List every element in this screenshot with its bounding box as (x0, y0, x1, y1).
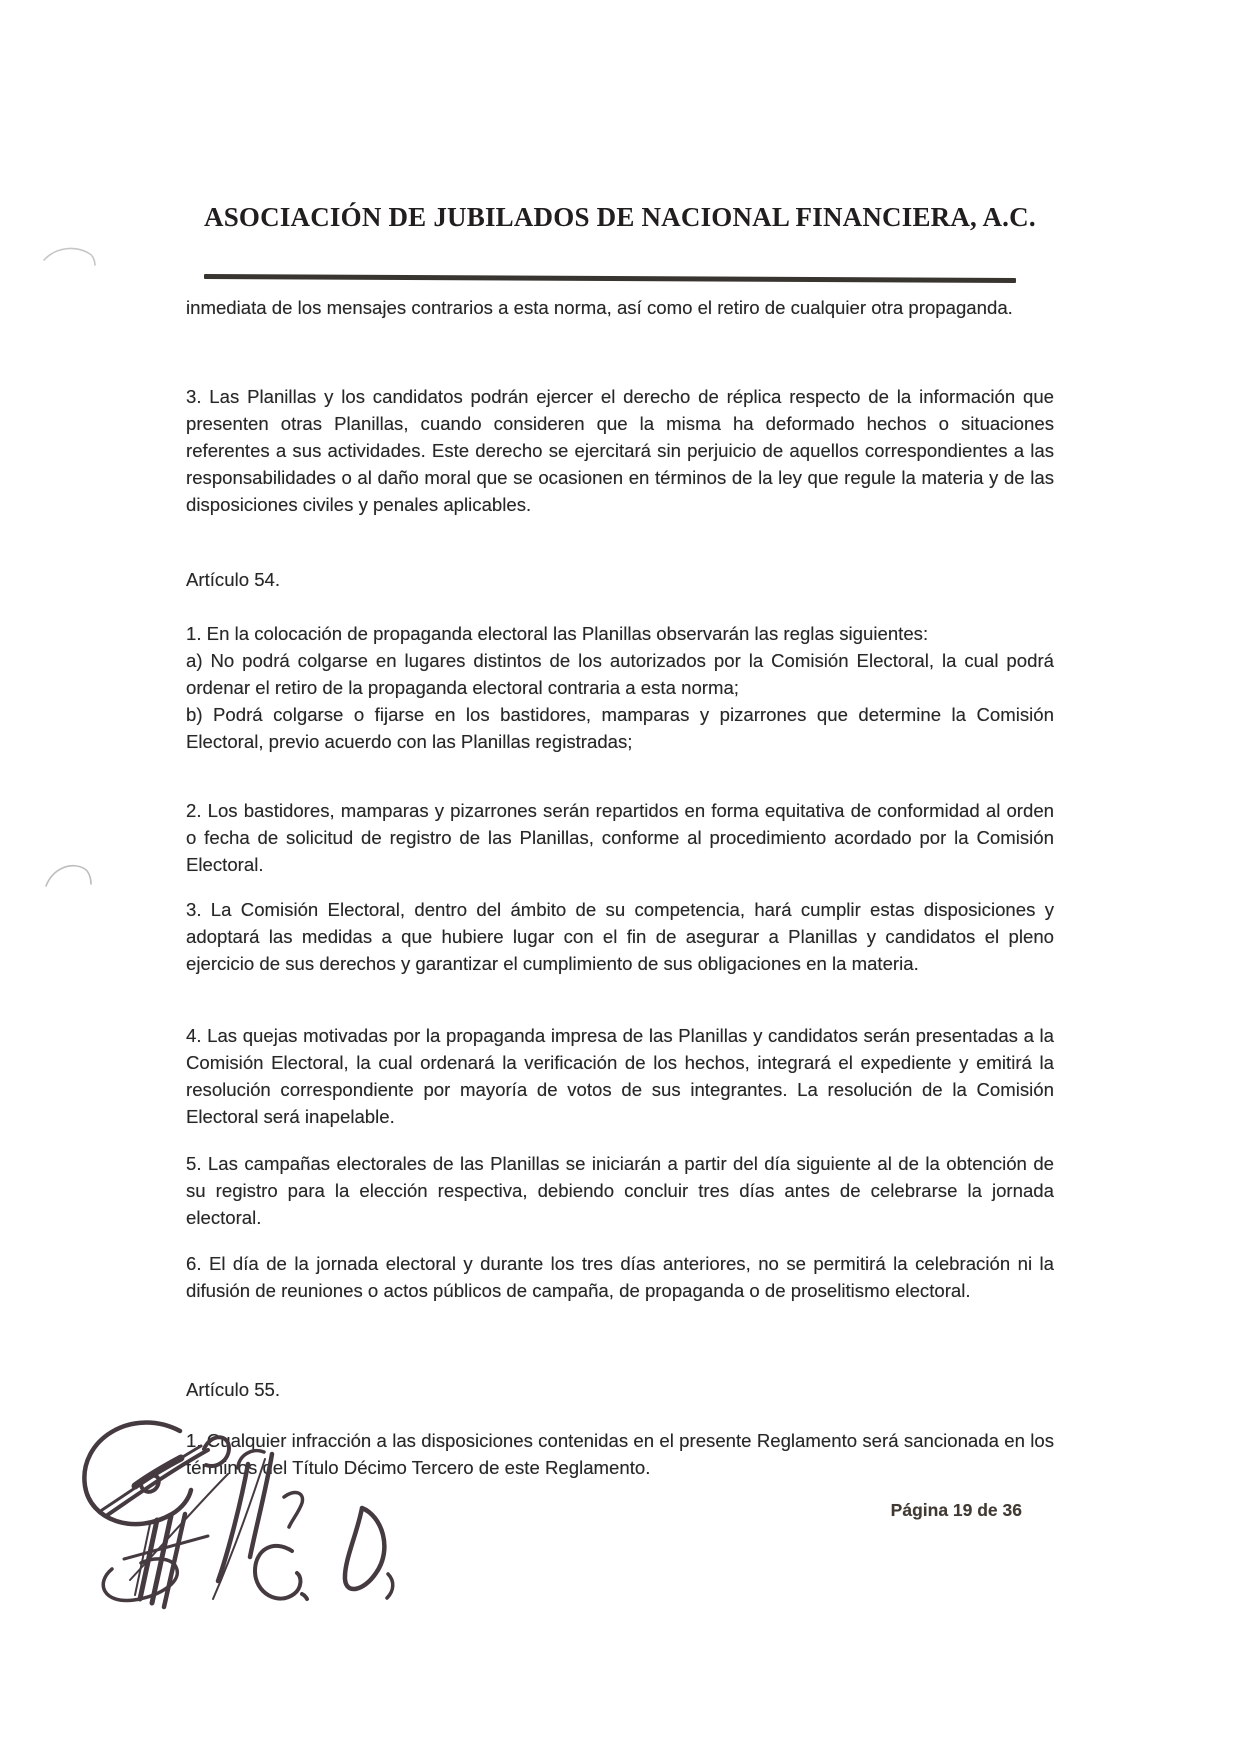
article-54-item-1: 1. En la colocación de propaganda electo… (186, 620, 1054, 647)
article-54-item-5: 5. Las campañas electorales de las Plani… (186, 1150, 1054, 1231)
paragraph-intro-continuation: inmediata de los mensajes contrarios a e… (186, 294, 1054, 321)
scan-artifact-arc-middle (44, 860, 96, 892)
article-54-item-2: 2. Los bastidores, mamparas y pizarrones… (186, 797, 1054, 878)
article-54-item-1-block: 1. En la colocación de propaganda electo… (186, 620, 1054, 755)
scanned-document-page: ASOCIACIÓN DE JUBILADOS DE NACIONAL FINA… (0, 0, 1240, 1755)
document-title: ASOCIACIÓN DE JUBILADOS DE NACIONAL FINA… (204, 202, 1014, 233)
article-54-heading: Artículo 54. (186, 566, 1054, 593)
article-54-item-3: 3. La Comisión Electoral, dentro del ámb… (186, 896, 1054, 977)
signature-scribble (40, 1268, 460, 1648)
article-54-item-4: 4. Las quejas motivadas por la propagand… (186, 1022, 1054, 1130)
scan-artifact-arc-top (42, 243, 100, 267)
paragraph-replica-clause: 3. Las Planillas y los candidatos podrán… (186, 383, 1054, 518)
article-54-item-1a: a) No podrá colgarse en lugares distinto… (186, 647, 1054, 701)
article-54-item-1b: b) Podrá colgarse o fijarse en los basti… (186, 701, 1054, 755)
title-underline-rule (204, 274, 1016, 283)
